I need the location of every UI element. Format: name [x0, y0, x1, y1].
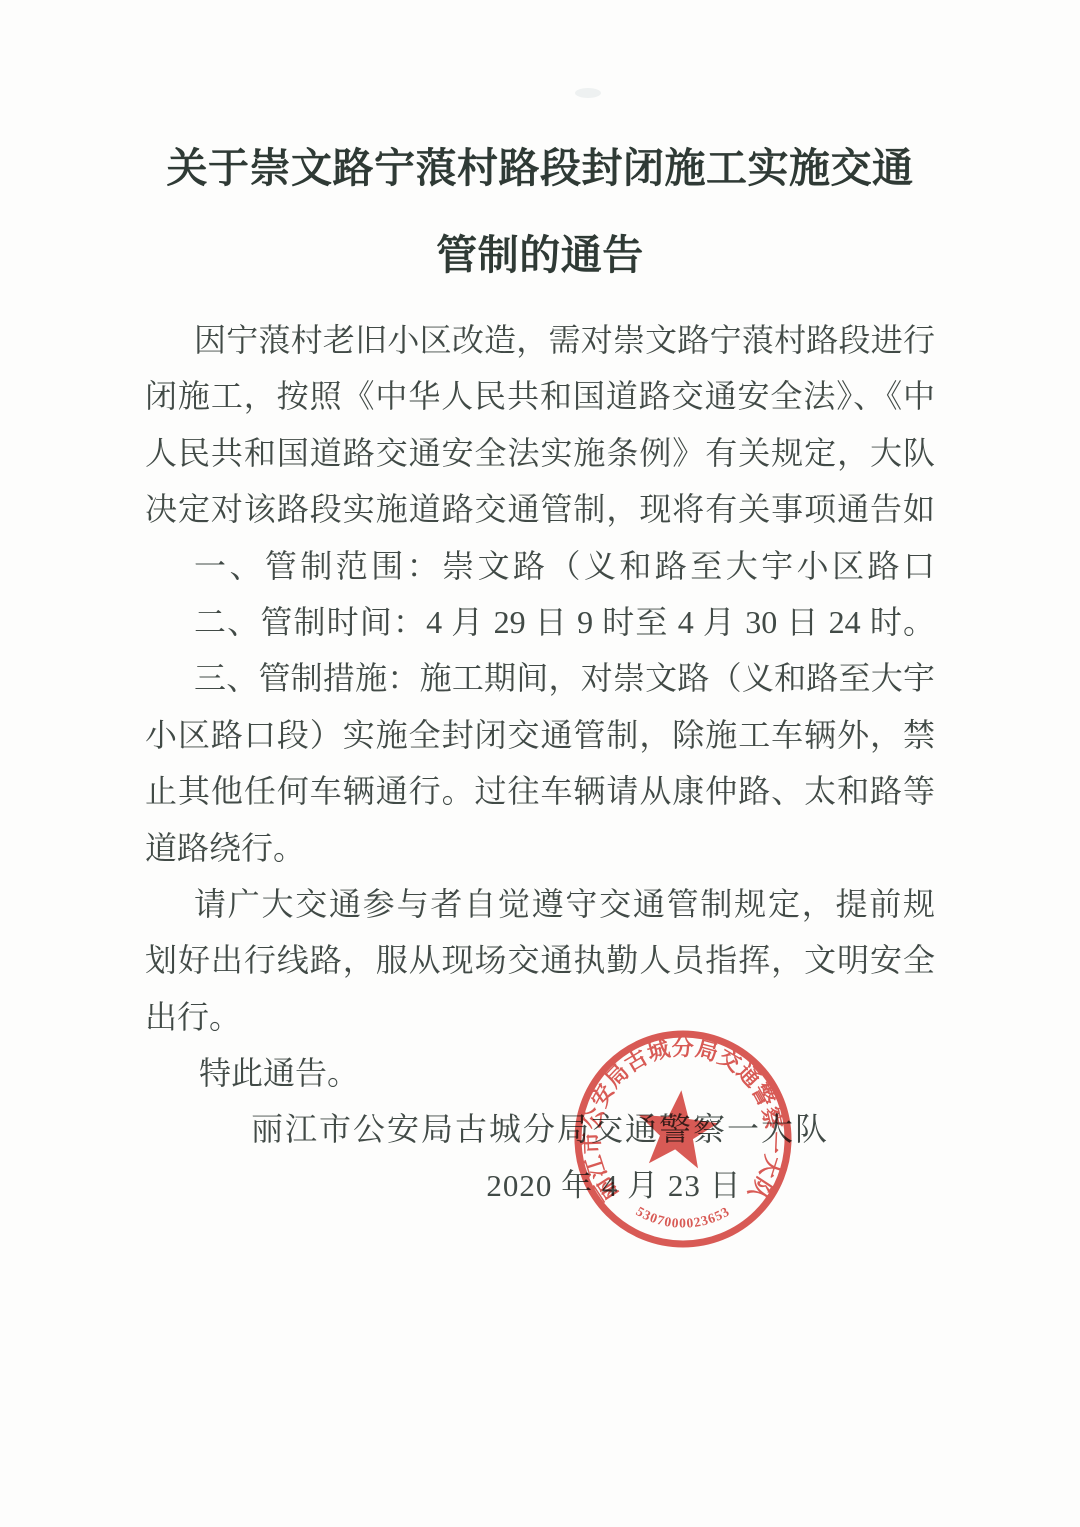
notice-title-line-2: 管制的通告 [0, 233, 1080, 278]
notice-item-measures: 三、管制措施：施工期间，对崇文路（义和路至大宇 [145, 650, 935, 706]
official-seal: 丽江市公安局古城分局交通警察一大队 5307000023653 [548, 1004, 818, 1274]
notice-line: 止其他任何车辆通行。过往车辆请从康仲路、太和路等 [145, 763, 935, 819]
notice-line: 闭施工，按照《中华人民共和国道路交通安全法》、《中华 [145, 368, 935, 424]
notice-line: 因宁蒗村老旧小区改造，需对崇文路宁蒗村路段进行封 [145, 312, 935, 368]
notice-title-line-1: 关于崇文路宁蒗村路段封闭施工实施交通 [0, 146, 1080, 191]
notice-line: 划好出行线路，服从现场交通执勤人员指挥，文明安全 [145, 932, 935, 988]
notice-line: 决定对该路段实施道路交通管制，现将有关事项通告如下： [145, 481, 935, 537]
notice-line: 小区路口段）实施全封闭交通管制，除施工车辆外，禁 [145, 707, 935, 763]
notice-line: 人民共和国道路交通安全法实施条例》有关规定，大队 [145, 425, 935, 481]
seal-serial-number: 5307000023653 [634, 1203, 733, 1230]
notice-item-scope: 一、管制范围：崇文路（义和路至大宇小区路口段）。 [145, 538, 935, 594]
notice-line: 道路绕行。 [145, 820, 935, 876]
notice-document-page: 关于崇文路宁蒗村路段封闭施工实施交通 管制的通告 因宁蒗村老旧小区改造，需对崇文… [0, 0, 1080, 1527]
scan-smudge [575, 88, 601, 98]
notice-item-time: 二、管制时间：4 月 29 日 9 时至 4 月 30 日 24 时。 [145, 594, 935, 650]
seal-star-icon [634, 1086, 721, 1170]
notice-line: 请广大交通参与者自觉遵守交通管制规定，提前规 [145, 876, 935, 932]
